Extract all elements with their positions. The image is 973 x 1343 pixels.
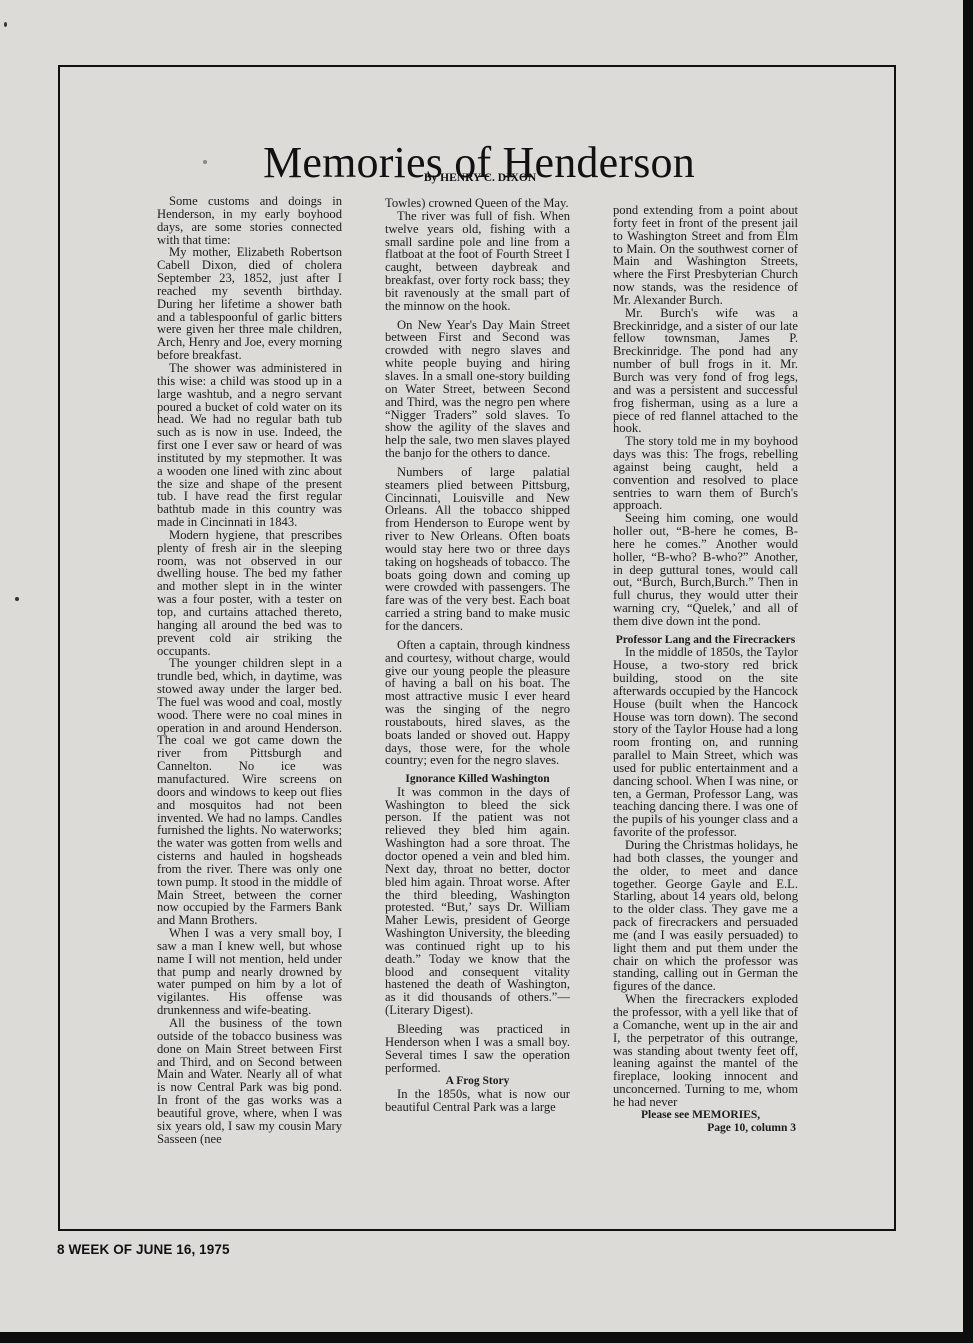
- paragraph: The younger children slept in a trundle …: [157, 657, 342, 927]
- paragraph: It was common in the days of Washington …: [385, 786, 570, 1017]
- paragraph: During the Christmas holidays, he had bo…: [613, 839, 798, 993]
- article-column-1: Some customs and doings in Henderson, in…: [157, 195, 342, 1145]
- paragraph: Some customs and doings in Henderson, in…: [157, 195, 342, 246]
- paragraph: The river was full of fish. When twelve …: [385, 210, 570, 313]
- scan-speck: [4, 22, 7, 27]
- subheading-ignorance-killed-washington: Ignorance Killed Washington: [385, 773, 570, 786]
- paragraph: pond extending from a point about forty …: [613, 204, 798, 307]
- page-footer: 8 WEEK OF JUNE 16, 1975: [57, 1242, 230, 1257]
- paragraph: Mr. Burch's wife was a Breckinridge, and…: [613, 307, 798, 435]
- paragraph: My mother, Elizabeth Robertson Cabell Di…: [157, 246, 342, 362]
- scan-edge-bottom: [0, 1332, 973, 1343]
- paragraph: Often a captain, through kindness and co…: [385, 639, 570, 767]
- paragraph: In the 1850s, what is now our beautiful …: [385, 1088, 570, 1114]
- paragraph: When I was a very small boy, I saw a man…: [157, 927, 342, 1017]
- scan-edge-right: [963, 0, 973, 1343]
- paragraph: Modern hygiene, that prescribes plenty o…: [157, 529, 342, 657]
- paragraph: Numbers of large palatial steamers plied…: [385, 466, 570, 633]
- article-byline: By HENRY C. DIXON: [380, 172, 580, 184]
- paragraph: Towles) crowned Queen of the May.: [385, 197, 570, 210]
- subheading-a-frog-story: A Frog Story: [385, 1075, 570, 1088]
- paragraph: All the business of the town outside of …: [157, 1017, 342, 1145]
- paragraph: Bleeding was practiced in Henderson when…: [385, 1023, 570, 1074]
- scan-speck: [15, 597, 19, 601]
- continued-line-1: Please see MEMORIES,: [613, 1109, 798, 1122]
- article-column-3: pond extending from a point about forty …: [613, 204, 798, 1135]
- continued-notice: Please see MEMORIES, Page 10, column 3: [613, 1109, 798, 1135]
- paragraph: When the firecrackers exploded the profe…: [613, 993, 798, 1109]
- paragraph: Seeing him coming, one would holler out,…: [613, 512, 798, 628]
- paragraph: In the middle of 1850s, the Taylor House…: [613, 646, 798, 839]
- article-column-2: Towles) crowned Queen of the May. The ri…: [385, 197, 570, 1114]
- paragraph: The story told me in my boyhood days was…: [613, 435, 798, 512]
- paragraph: On New Year's Day Main Street between Fi…: [385, 319, 570, 460]
- continued-line-2: Page 10, column 3: [613, 1122, 798, 1135]
- paragraph: The shower was administered in this wise…: [157, 362, 342, 529]
